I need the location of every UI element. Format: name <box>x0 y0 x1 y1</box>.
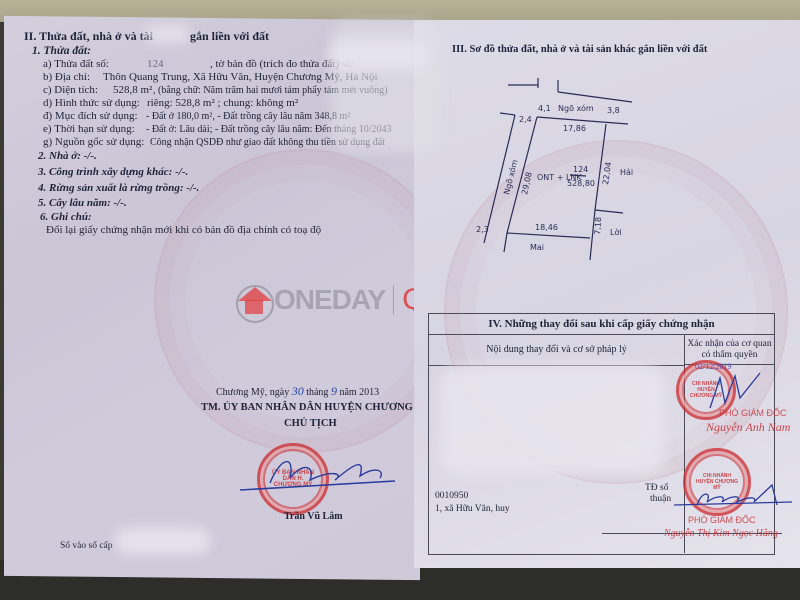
item-value: -/-. <box>186 182 199 194</box>
neighbor-bottom: Mai <box>530 243 544 252</box>
dim-right-lower: 7,18 <box>593 217 603 235</box>
dim-road-left-top: 2,4 <box>519 115 532 124</box>
item-label: 4. Rừng sản xuất là rừng trồng: <box>38 182 184 194</box>
entry2-signer: Nguyễn Thị Kim Ngọc Hằng <box>664 528 778 539</box>
road-label-left: Ngõ xóm <box>501 158 519 195</box>
dim-right: 22,04 <box>601 161 613 185</box>
register-number-label: Số vào sổ cấp <box>60 540 113 553</box>
issuing-org: TM. ỦY BAN NHÂN DÂN HUYỆN CHƯƠNG MỸ <box>201 401 433 414</box>
note-value: Đổi lại giấy chứng nhận mới khi có bản đ… <box>46 224 321 237</box>
house-logo-icon <box>236 285 272 315</box>
item-perennial-trees: 5. Cây lâu năm: -/-. <box>38 197 127 210</box>
section-ii-title-part2: gắn liền với đất <box>190 30 269 43</box>
place-date-prefix: Chương Mỹ, ngày <box>216 387 289 398</box>
dim-road-left-bottom: 2,3 <box>476 225 489 234</box>
changes-col-content-header: Nội dung thay đổi và cơ sở pháp lý <box>429 335 685 366</box>
change-entry-fragment: 1, xã Hữu Văn, huy <box>435 503 510 516</box>
usage-purpose-label: đ) Mục đích sử dụng: <box>43 110 138 123</box>
issuer-title: CHỦ TỊCH <box>284 417 337 430</box>
watermark-divider <box>393 285 394 315</box>
dim-bottom: 18,46 <box>535 223 558 232</box>
usage-term-label: e) Thời hạn sử dụng: <box>43 123 135 136</box>
entry1-title: PHÓ GIÁM ĐỐC <box>719 408 787 418</box>
signature-chairman <box>235 448 405 498</box>
usage-form-label: d) Hình thức sử dụng: <box>43 97 140 110</box>
area-label: c) Diện tích: <box>43 84 98 97</box>
dim-road-top-right: 3,8 <box>607 106 620 115</box>
date-day: 30 <box>292 384 304 398</box>
item-house: 2. Nhà ở: -/-. <box>38 150 97 163</box>
item-label: 3. Công trình xây dựng khác: <box>38 166 172 178</box>
item-value: -/-. <box>175 166 188 178</box>
signer-name: Trần Vũ Lâm <box>284 510 343 523</box>
address-label: b) Địa chỉ: <box>43 71 90 84</box>
origin-label: g) Nguồn gốc sử dụng: <box>43 136 144 149</box>
date-month: 9 <box>331 384 337 398</box>
usage-purpose-value: - Đất ở 180,0 m², - Đất trồng cây lâu nă… <box>146 110 350 123</box>
dim-top: 17,86 <box>563 124 586 133</box>
watermark-brand-left: ONEDAY <box>274 284 385 316</box>
signature-entry1 <box>705 368 765 413</box>
land-heading: 1. Thửa đất: <box>32 45 91 58</box>
parcel-area: 528,80 <box>567 179 595 188</box>
parcel-sketch-diagram: 4,1 Ngõ xóm 3,8 2,4 17,86 Ngõ xóm 29,08 … <box>470 60 750 260</box>
section-iii-title: III. Sơ đồ thửa đất, nhà ở và tài sản kh… <box>452 43 707 56</box>
item-other-construction: 3. Công trình xây dựng khác: -/-. <box>38 166 188 179</box>
redaction-blur <box>440 365 665 475</box>
item-label: 5. Cây lâu năm: <box>38 197 111 209</box>
entry1-signer: Nguyễn Anh Nam <box>706 420 790 435</box>
item-value: -/-. <box>84 150 97 162</box>
usage-form-value: riêng: 528,8 m² ; chung: không m² <box>147 97 298 110</box>
dim-road-top-left: 4,1 <box>538 104 551 113</box>
road-label-top: Ngõ xóm <box>558 103 594 113</box>
note-label: 6. Ghi chú: <box>40 211 92 224</box>
signature-entry2 <box>672 480 797 520</box>
item-planted-forest: 4. Rừng sản xuất là rừng trồng: -/-. <box>38 182 199 195</box>
place-date: Chương Mỹ, ngày 30 tháng 9 năm 2013 <box>216 385 379 399</box>
month-label: tháng <box>306 387 328 398</box>
date-year: năm 2013 <box>339 387 379 398</box>
item-label: 2. Nhà ở: <box>38 150 81 162</box>
area-value: 528,8 m² <box>113 84 152 97</box>
parcel-number-value: 124 <box>147 58 164 71</box>
parcel-number-label: a) Thửa đất số: <box>43 58 109 71</box>
change-entry-fragment: thuận <box>650 493 671 506</box>
change-entry-fragment: 0010950 <box>435 490 468 503</box>
redaction-blur <box>145 26 190 42</box>
authority-header-line1: Xác nhận của cơ quan <box>685 339 774 350</box>
redaction-blur <box>330 40 430 70</box>
changes-table-title: IV. Những thay đổi sau khi cấp giấy chứn… <box>429 314 774 335</box>
section-ii-title-part1: II. Thửa đất, nhà ở và tài <box>24 30 153 43</box>
neighbor-right: Hải <box>620 167 633 177</box>
parcel-number: 124 <box>573 165 588 174</box>
neighbor-right-bottom: Lời <box>610 227 622 237</box>
entry2-title: PHÓ GIÁM ĐỐC <box>688 515 756 525</box>
item-value: -/-. <box>113 197 126 209</box>
redaction-blur <box>115 528 210 554</box>
